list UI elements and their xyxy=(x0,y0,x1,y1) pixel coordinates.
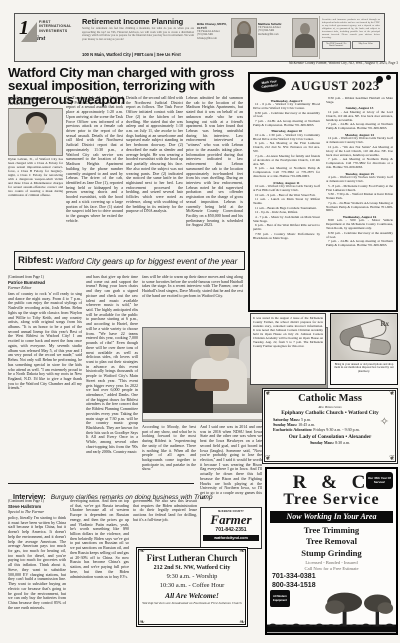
balloon-icon xyxy=(386,75,391,80)
calendar-entry: 12 p.m. - "We Are Not Saints" AA Meeting… xyxy=(326,146,393,158)
parish-name-1: Epiphany Catholic Church • Watford City xyxy=(269,410,391,416)
rc-phone-1: 701-334-0381 xyxy=(272,573,396,580)
advisor-contact-2: Matthew Schultz VP, Financial Advisor(70… xyxy=(258,16,292,59)
calendar-entry: 5:30 - 7:30 p.m. - Watford Market at Ken… xyxy=(326,193,393,201)
newspaper-page: 1 FIRSTINTERNATIONALINVESTMENTS live fir… xyxy=(0,0,400,643)
ad-center-copy: Retirement Income Planning Saving for re… xyxy=(79,16,197,59)
correction-notice: It was stated in the August 2 issue of t… xyxy=(250,313,326,385)
mugshot-photo xyxy=(8,108,63,156)
mass-time-line: Sunday Mass: 8:30 a.m. xyxy=(269,440,391,445)
rc-service-line: Stump Grinding xyxy=(267,548,396,560)
ribfest-column-3-continued: According to Moody, the best part of any… xyxy=(142,425,196,480)
rc-tree-service-ad: Our 45th Year Of Service! R & C Tree Ser… xyxy=(265,467,398,635)
advisor-name: Billie Chaney, MCPU, CLTC® xyxy=(197,22,231,30)
corner-ornament-icon: ❧ xyxy=(239,548,245,555)
interview-column-1: (Continued from Page 1) Steve Hallstrom … xyxy=(8,499,66,641)
calendar-entry: 6 p.m. - NA Meeting at the First Luthera… xyxy=(253,142,320,154)
ad-body-text: Saving for retirement can feel like clim… xyxy=(82,27,194,42)
corner-ornament-icon: ❧ xyxy=(139,619,145,626)
ribfest-headline-text: Watford City gears up for biggest event … xyxy=(55,256,237,266)
catholic-mass-title: Catholic Mass xyxy=(269,394,391,405)
corner-ornament-icon: ❧ xyxy=(139,548,145,555)
byline-title: Special to The Farmer xyxy=(8,509,66,514)
advisor-contact-1: Billie Chaney, MCPU, CLTC® VP, Financial… xyxy=(197,16,231,59)
calendar-title: AUGUST 2023 xyxy=(291,78,380,94)
calendar-entry: 7 p.m. - 24-Hr. AA Group meeting at Nort… xyxy=(326,123,393,131)
rc-ad-banner: Now Working In Your Area xyxy=(270,511,393,523)
byline-title: Farmer Editor xyxy=(8,101,63,106)
advisor-details: VP, Financial Advisor(701) 842-3461bchan… xyxy=(197,30,231,40)
logo-numeral-one: 1 xyxy=(19,17,29,40)
calendar-entry: 12 - 6 p.m. - Watford City Community Blo… xyxy=(253,103,320,111)
farmer-phone: 701-842-2351 xyxy=(203,527,259,533)
calendar-entry: 8 p.m. - AA Meeting at Northern Pump & C… xyxy=(253,167,320,179)
interview-body-text: policy, literally I'm starting to think … xyxy=(8,516,66,610)
continued-from-note: (Continued from Page 1) xyxy=(8,499,66,503)
corner-ornament-icon: ❦ xyxy=(389,455,395,462)
corner-ornament-icon: ❦ xyxy=(389,390,395,397)
balloon-icon xyxy=(376,76,383,83)
ribfest-column-1: (Continued from Page 1) Patrice Bumstead… xyxy=(8,275,82,481)
calendar-entry: 7 p.m. - AA Meeting at Northern Pump & C… xyxy=(326,158,393,170)
calendar-entry: 7 p.m. - Al-Anon Meeting for family and … xyxy=(253,155,320,167)
rc-phone-2: 800-334-1518 xyxy=(272,582,396,589)
ribfest-body-text: fans of country to rock 'n' roll ready t… xyxy=(8,292,82,391)
calendar-header: Mark Your Calendars! AUGUST 2023 xyxy=(253,76,393,95)
broadcast-note: Worship Services are broadcasted on Face… xyxy=(141,601,243,605)
ad-fine-print: Securities and insurance products are of… xyxy=(319,16,382,59)
advisor-headshot-1 xyxy=(231,18,257,57)
ribfest-headline-box: Ribfest: Watford City gears up for bigge… xyxy=(14,251,245,270)
advisor-headshot-2 xyxy=(292,18,318,57)
calendar-entry: 7:30 p.m. - Country Music Performance by… xyxy=(253,233,320,241)
byline-title: Farmer Editor xyxy=(8,285,82,290)
rc-service-line: Tree Trimming xyxy=(267,525,396,537)
section-rule xyxy=(8,483,194,484)
corner-ornament-icon: ❦ xyxy=(265,390,271,397)
calendar-entry: 8:00 a.m. - 3:00 p.m. - Motor Vehicle De… xyxy=(326,219,393,231)
interview-column-2: developing nation. And then on top of th… xyxy=(70,499,129,641)
brand-name: FIRSTINTERNATIONALINVESTMENTS xyxy=(39,20,79,33)
mugshot-shirt xyxy=(17,133,56,156)
ad-footer-address: 100 N Main, Watford City | FIBT.com | Se… xyxy=(82,52,194,58)
disclaimer-cells: Not FDIC Insured | No Bank GuaranteeMay … xyxy=(322,41,380,49)
interview-column-3: government. We also saw this lawsuit tha… xyxy=(133,499,197,543)
rc-ad-name-line2: Tree Service xyxy=(267,492,396,509)
griller-cap xyxy=(205,334,235,346)
calendar-entry: 7 p.m. - 24-Hr. AA Group meeting at Nort… xyxy=(253,120,320,128)
headshot-shoulders xyxy=(295,34,315,48)
calendar-entry: 11 a.m. - Lunch on Main Street by Ribfes… xyxy=(253,198,320,206)
coffee-hour-time: 10:30 a.m. - Coffee Hour xyxy=(141,582,243,589)
community-calendar-box: Mark Your Calendars! AUGUST 2023 Wednesd… xyxy=(248,72,398,312)
rc-service-line: Tree Removal xyxy=(267,536,396,548)
rc-services-list: Tree TrimmingTree RemovalStump Grinding xyxy=(267,525,396,560)
lead-column-1: Patrice Bumstead Farmer Editor Dylan Leb… xyxy=(8,96,63,250)
worship-time: 9:30 a.m. - Worship xyxy=(141,573,243,580)
ribfest-column-2: and bars that give up their time and com… xyxy=(86,275,138,481)
calendar-entry: 7 p.m. - 24-Hour Women's AA Group Meetin… xyxy=(326,202,393,214)
calendar-entry: 7 p.m. - 24-Hr. AA Group meeting at Nort… xyxy=(326,240,393,248)
calendar-entry: 12 p.m. - AA Meeting at Glory of the Lor… xyxy=(326,111,393,123)
pharmacy-disposal-ad: Rx Bring in your unused or old prescript… xyxy=(330,313,398,385)
retirement-planning-ad: 1 FIRSTINTERNATIONALINVESTMENTS live fir… xyxy=(14,13,385,62)
continued-from-note: (Continued from Page 1) xyxy=(8,275,82,279)
lead-column-4: Lebrun admitted he did summon the cab to… xyxy=(186,96,243,250)
rx-symbol: Rx xyxy=(380,320,389,328)
advisor-details: VP, Financial Advisor(701) 842-3462mschu… xyxy=(258,26,292,36)
pills-artwork: Rx xyxy=(331,314,397,360)
ribfest-headline-label: Ribfest: xyxy=(18,255,53,266)
ribs-shape xyxy=(195,379,229,391)
lead-column-2: On Tuesday, July 11, the Watford City Po… xyxy=(66,96,123,250)
years-of-service-badge: Our 45th Year Of Service! xyxy=(366,472,393,489)
headshot-shoulders xyxy=(234,34,254,48)
lead-column-3: Details of the second call filed with th… xyxy=(126,96,183,250)
ad-title: Retirement Income Planning xyxy=(82,17,194,26)
mass-time-line: Eucharistic Adoration: Fridays 9:30 a.m.… xyxy=(273,427,391,432)
mass-times-list: Saturday Mass: 5 p.m.Sunday Mass: 10:45 … xyxy=(269,417,391,433)
first-international-logo: 1 FIRSTINTERNATIONALINVESTMENTS live fir… xyxy=(17,16,79,59)
calendar-entry: 9:30 p.m. - Ribfest headliner Hairball o… xyxy=(326,97,393,105)
calendar-entry: 10 a.m. - Watford City Wolves Girls Vars… xyxy=(253,185,320,193)
reverend-name: Rev. Brian Gross xyxy=(269,405,391,409)
celtic-cross-ornament-icon: ✧ xyxy=(380,415,389,428)
ribfest-column-3: fans will be able to warm up their dance… xyxy=(142,275,243,324)
welcome-line: All Are Welcome! xyxy=(141,591,243,600)
mark-your-calendars-badge: Mark Your Calendars! xyxy=(252,75,287,94)
farmer-subscription-box: McKENZIE COUNTY Farmer 701-842-2351 watf… xyxy=(200,507,262,549)
calendar-entry: 4 p.m. - Watford City Wolves Girls Varsi… xyxy=(326,176,393,184)
calendar-event-list: Wednesday, August 912 - 6 p.m. - Watford… xyxy=(253,97,393,309)
farmer-website-button: watfordcitynd.com xyxy=(203,535,259,541)
church-address: 212 2nd St. NW, Watford City xyxy=(141,565,243,571)
church-name: First Lutheran Church xyxy=(141,554,243,563)
modern-equipment-badge: All Modern Equipment xyxy=(270,590,290,607)
mugshot-caption: Dylan Lebrun, 31, of Watford City has be… xyxy=(8,157,63,197)
capsule-pill-icon xyxy=(348,335,392,356)
rc-estimate-line: Call Now for a Free Estimate xyxy=(267,566,396,572)
corner-ornament-icon: ❦ xyxy=(265,455,271,462)
corner-ornament-icon: ❧ xyxy=(239,619,245,626)
catholic-mass-ad: ❦ ❦ ❦ ❦ Catholic Mass Rev. Brian Gross E… xyxy=(262,388,398,464)
calendar-entry: 12 p.m. - Watford City Wolves Girls Vars… xyxy=(326,137,393,145)
first-lutheran-church-ad: ❧ ❧ ❧ ❧ First Lutheran Church 212 2nd St… xyxy=(136,547,248,627)
interview-jump-column: And I said one was in 2014 and one was i… xyxy=(200,425,262,504)
mugshot-face xyxy=(28,116,45,134)
farmer-logo: Farmer xyxy=(203,513,259,526)
pharmacy-ad-caption: Bring in your unused or old prescription… xyxy=(331,360,397,375)
